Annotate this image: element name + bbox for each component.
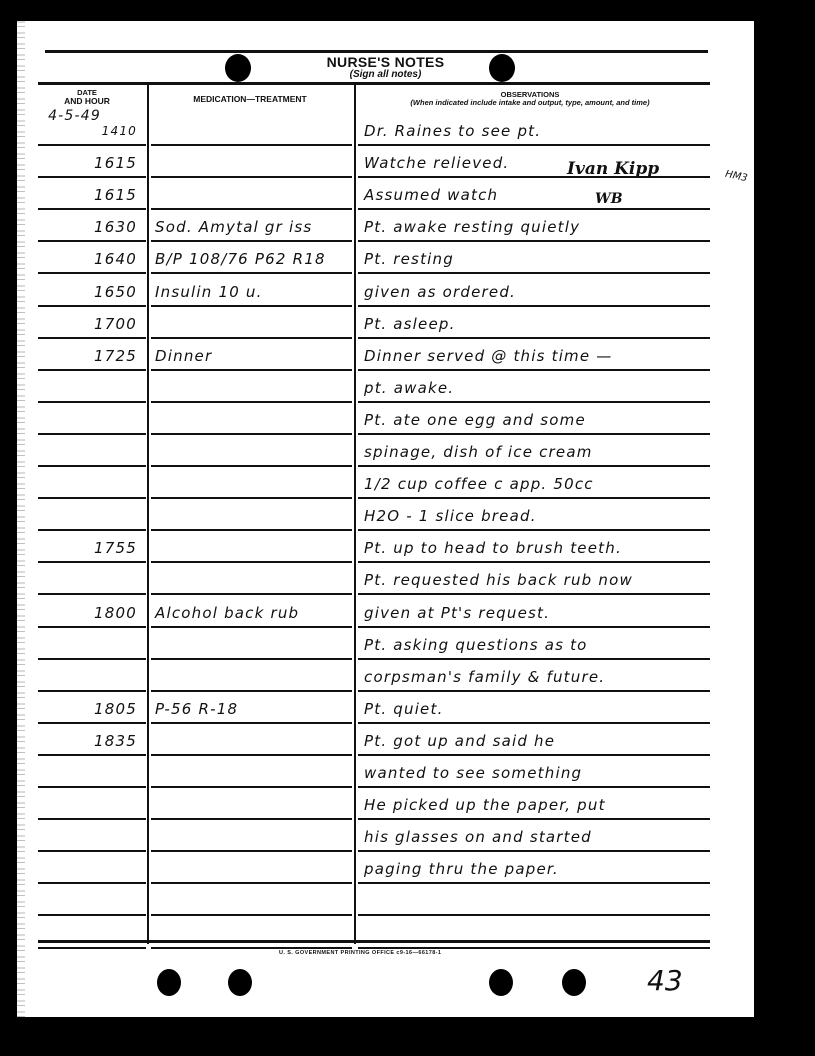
entry-observation: given at Pt's request. — [364, 604, 714, 622]
entry-observation: given as ordered. — [364, 283, 714, 301]
row-rule — [38, 240, 146, 242]
column-header-date: DATE AND HOUR — [57, 89, 117, 105]
entry-observation: wanted to see something — [364, 764, 714, 782]
entry-time: 1630 — [37, 218, 137, 236]
entry-time: 1725 — [37, 347, 137, 365]
entry-medication: Sod. Amytal gr iss — [155, 218, 355, 236]
entry-medication: Alcohol back rub — [155, 604, 355, 622]
entry-time: 1640 — [37, 250, 137, 268]
row-rule — [38, 465, 146, 467]
entry-observation: Pt. resting — [364, 250, 714, 268]
row-rule — [38, 947, 146, 949]
row-rule — [358, 850, 710, 852]
row-rule — [358, 369, 710, 371]
row-rule — [38, 305, 146, 307]
entry-observation: Pt. asleep. — [364, 315, 714, 333]
row-rule — [38, 272, 146, 274]
row-rule — [38, 593, 146, 595]
bottom-rule — [38, 940, 710, 943]
row-rule — [151, 722, 352, 724]
entry-date: 4-5-49 — [21, 108, 101, 124]
row-rule — [358, 305, 710, 307]
row-rule — [358, 722, 710, 724]
row-rule — [151, 497, 352, 499]
entry-observation: Assumed watch — [364, 186, 714, 204]
row-rule — [151, 305, 352, 307]
row-rule — [151, 850, 352, 852]
row-rule — [38, 786, 146, 788]
row-rule — [38, 690, 146, 692]
row-rule — [38, 561, 146, 563]
row-rule — [358, 914, 710, 916]
entry-observation: paging thru the paper. — [364, 860, 714, 878]
row-rule — [358, 818, 710, 820]
form-title: NURSE'S NOTES — [17, 54, 754, 70]
row-rule — [358, 593, 710, 595]
row-rule — [38, 144, 146, 146]
entry-observation: H2O - 1 slice bread. — [364, 507, 714, 525]
row-rule — [358, 626, 710, 628]
entry-medication: Insulin 10 u. — [155, 283, 355, 301]
punch-hole-icon — [157, 969, 181, 996]
row-rule — [151, 144, 352, 146]
row-rule — [151, 561, 352, 563]
row-rule — [358, 337, 710, 339]
entry-time: 1410 — [37, 124, 137, 138]
row-rule — [358, 465, 710, 467]
entry-time: 1755 — [37, 539, 137, 557]
row-rule — [151, 176, 352, 178]
row-rule — [38, 337, 146, 339]
row-rule — [358, 786, 710, 788]
entry-observation: Dr. Raines to see pt. — [364, 122, 714, 140]
row-rule — [38, 914, 146, 916]
row-rule — [151, 208, 352, 210]
row-rule — [151, 818, 352, 820]
row-rule — [151, 401, 352, 403]
header-rule — [38, 82, 710, 85]
entry-observation: Pt. asking questions as to — [364, 636, 714, 654]
row-rule — [38, 401, 146, 403]
row-rule — [38, 722, 146, 724]
entry-observation: corpsman's family & future. — [364, 668, 714, 686]
row-rule — [358, 144, 710, 146]
entry-medication: B/P 108/76 P62 R18 — [155, 250, 355, 268]
row-rule — [151, 433, 352, 435]
row-rule — [38, 754, 146, 756]
row-rule — [358, 690, 710, 692]
row-rule — [151, 947, 352, 949]
entry-time: 1700 — [37, 315, 137, 333]
entry-time: 1835 — [37, 732, 137, 750]
row-rule — [358, 947, 710, 949]
row-rule — [358, 882, 710, 884]
entry-observation: He picked up the paper, put — [364, 796, 714, 814]
entry-observation: Pt. awake resting quietly — [364, 218, 714, 236]
punch-hole-icon — [562, 969, 586, 996]
punch-hole-icon — [489, 969, 513, 996]
row-rule — [358, 240, 710, 242]
row-rule — [151, 272, 352, 274]
row-rule — [38, 818, 146, 820]
entry-observation: Pt. quiet. — [364, 700, 714, 718]
entry-observation: pt. awake. — [364, 379, 714, 397]
entry-observation: Dinner served @ this time — — [364, 347, 714, 365]
row-rule — [38, 176, 146, 178]
row-rule — [358, 272, 710, 274]
scan-edge-noise — [17, 21, 25, 1017]
entry-time: 1650 — [37, 283, 137, 301]
top-rule — [45, 50, 708, 53]
entry-time: 1805 — [37, 700, 137, 718]
entry-observation: spinage, dish of ice cream — [364, 443, 714, 461]
row-rule — [38, 433, 146, 435]
row-rule — [358, 529, 710, 531]
row-rule — [38, 658, 146, 660]
row-rule — [151, 658, 352, 660]
entry-medication: P-56 R-18 — [155, 700, 355, 718]
row-rule — [151, 529, 352, 531]
nurses-notes-page: NURSE'S NOTES (Sign all notes) DATE AND … — [17, 21, 754, 1017]
margin-note-rating: HM3 — [724, 169, 748, 184]
row-rule — [358, 754, 710, 756]
row-rule — [38, 369, 146, 371]
row-rule — [358, 433, 710, 435]
row-rule — [151, 690, 352, 692]
punch-hole-icon — [228, 969, 252, 996]
column-divider-date — [147, 84, 149, 944]
entry-observation: Watche relieved. — [364, 154, 714, 172]
row-rule — [151, 786, 352, 788]
row-rule — [151, 240, 352, 242]
row-rule — [358, 561, 710, 563]
row-rule — [151, 882, 352, 884]
page-number: 43 — [647, 964, 683, 997]
row-rule — [358, 401, 710, 403]
column-header-observations-note: (When indicated include intake and outpu… — [355, 99, 705, 107]
row-rule — [38, 882, 146, 884]
row-rule — [151, 593, 352, 595]
entry-observation: Pt. up to head to brush teeth. — [364, 539, 714, 557]
row-rule — [151, 369, 352, 371]
row-rule — [151, 754, 352, 756]
entry-observation: Pt. got up and said he — [364, 732, 714, 750]
row-rule — [38, 626, 146, 628]
row-rule — [358, 497, 710, 499]
row-rule — [151, 465, 352, 467]
row-rule — [38, 529, 146, 531]
form-subtitle: (Sign all notes) — [17, 69, 754, 80]
row-rule — [38, 850, 146, 852]
row-rule — [151, 337, 352, 339]
entry-time: 1800 — [37, 604, 137, 622]
entry-time: 1615 — [37, 154, 137, 172]
column-header-observations: OBSERVATIONS (When indicated include int… — [355, 91, 705, 107]
row-rule — [358, 208, 710, 210]
entry-observation: Pt. ate one egg and some — [364, 411, 714, 429]
row-rule — [38, 497, 146, 499]
column-header-date-line2: AND HOUR — [57, 97, 117, 105]
entry-observation: 1/2 cup coffee c app. 50cc — [364, 475, 714, 493]
entry-time: 1615 — [37, 186, 137, 204]
row-rule — [38, 208, 146, 210]
entry-observation: Pt. requested his back rub now — [364, 571, 714, 589]
row-rule — [151, 626, 352, 628]
column-header-medication: MEDICATION—TREATMENT — [150, 95, 350, 103]
initials-signature: WB — [595, 191, 623, 207]
row-rule — [151, 914, 352, 916]
row-rule — [358, 658, 710, 660]
entry-medication: Dinner — [155, 347, 355, 365]
column-divider-medication — [354, 84, 356, 944]
nurse-signature: Ivan Kipp — [567, 159, 659, 179]
entry-observation: his glasses on and started — [364, 828, 714, 846]
printing-office-imprint: U. S. GOVERNMENT PRINTING OFFICE c9-16—6… — [279, 950, 441, 956]
